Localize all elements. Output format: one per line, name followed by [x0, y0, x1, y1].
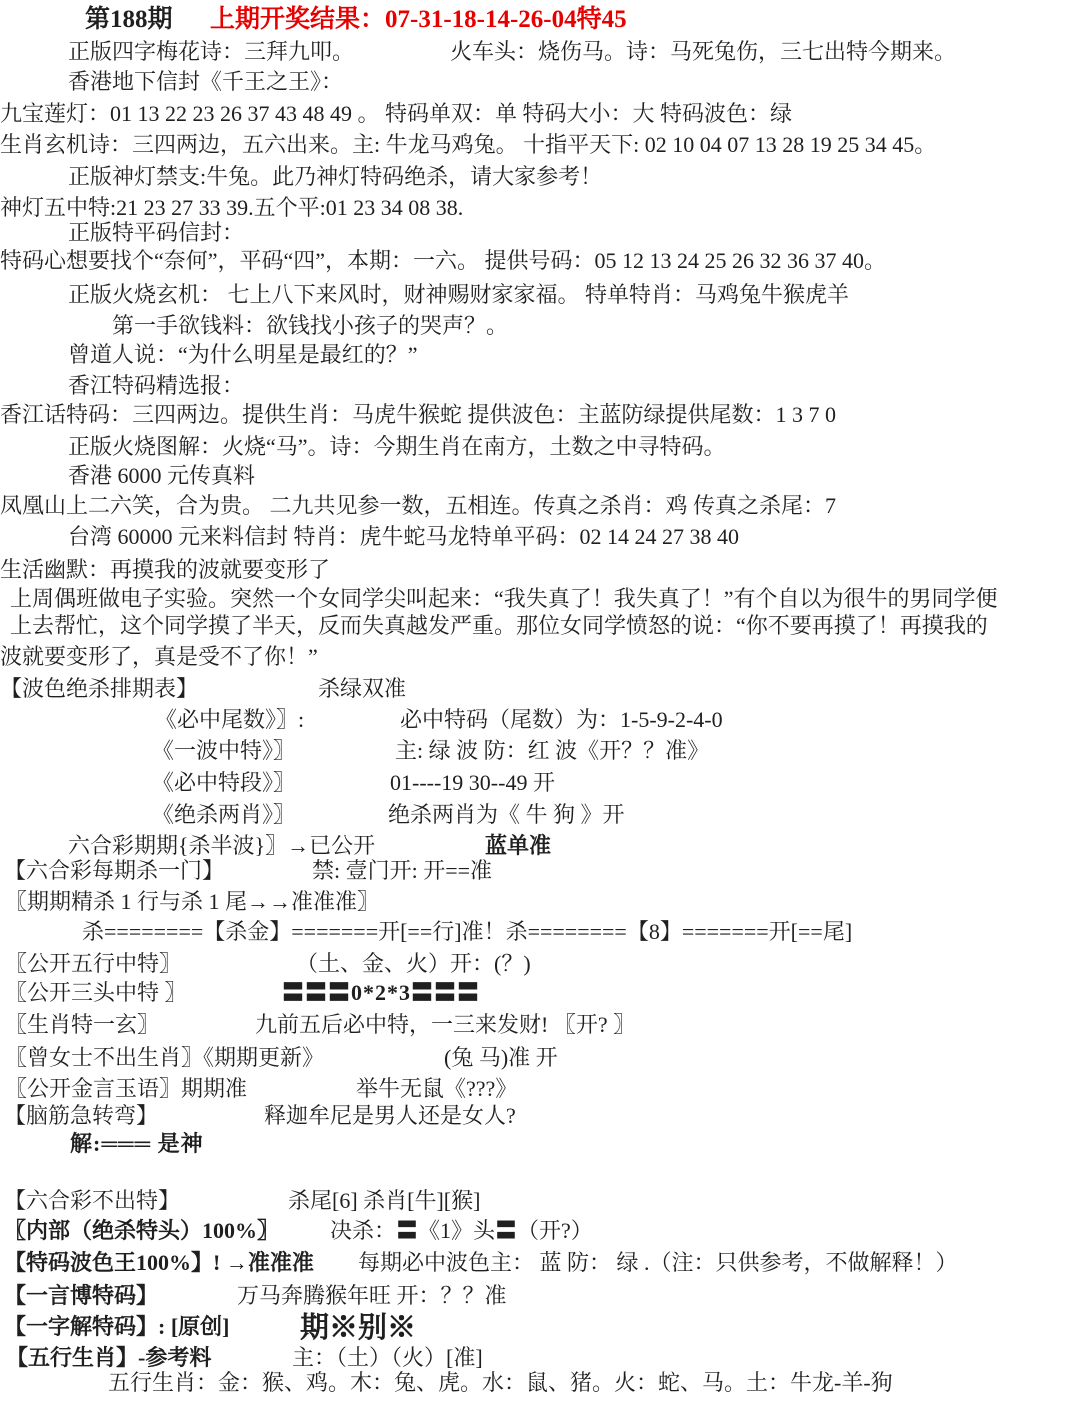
text-line: 【六合彩不出特】杀尾[6] 杀肖[牛][猴]	[0, 1187, 1066, 1217]
text-segment: 期※别※	[300, 1313, 416, 1343]
text-line: 〖公开五行中特〗（土、金、火）开：(？)	[0, 950, 1066, 980]
text-line: 杀========【杀金】=======开[==行]准！杀========【8】…	[0, 918, 1066, 948]
text-segment: 【波色绝杀排期表】	[0, 675, 198, 703]
text-line: 【特码波色王100%】! →准准准每期必中波色主： 蓝 防： 绿 .（注：只供参…	[0, 1249, 1066, 1279]
text-segment: 《一波中特》〗	[152, 737, 295, 765]
text-line: 香港 6000 元传真料	[0, 462, 1066, 492]
text-segment: 正版四字梅花诗：三拜九叩。	[68, 38, 354, 66]
text-segment: 〖期期精杀 1 行与杀 1 尾→→准准准〗	[5, 888, 379, 916]
text-segment: 生肖玄机诗：三四两边，五六出来。主: 牛龙马鸡兔。 十指平天下: 02 10 0…	[0, 131, 936, 159]
text-segment: 五行生肖：金：猴、鸡。木：兔、虎。水：鼠、猪。火：蛇、马。土：牛龙-羊-狗	[108, 1369, 893, 1397]
text-segment: 《必中尾数》〗:	[155, 706, 304, 734]
text-segment: 神灯五中特:21 23 27 33 39.五个平:01 23 34 08 38.	[0, 194, 463, 222]
text-line: 〖生肖特一玄〗九前五后必中特，一三来发财! 〖开? 〗	[0, 1011, 1066, 1041]
text-line: 正版特平码信封：	[0, 219, 1066, 249]
text-line: 九宝莲灯：01 13 22 23 26 37 43 48 49 。 特码单双：单…	[0, 100, 1066, 130]
text-segment: 解:═══ 是神	[70, 1130, 204, 1158]
text-line: 凤凰山上二六笑，合为贵。 二九共见参一数，五相连。传真之杀肖：鸡 传真之杀尾：7	[0, 492, 1066, 522]
text-segment: 蓝单准	[485, 832, 551, 860]
text-line: 【波色绝杀排期表】杀绿双准	[0, 675, 1066, 705]
text-segment: 正版火烧玄机： 七上八下来风时，财神赐财家家福。 特单特肖：马鸡兔牛猴虎羊	[68, 281, 849, 309]
text-segment: 台湾 60000 元来料信封 特肖：虎牛蛇马龙特单平码：02 14 24 27 …	[68, 523, 739, 551]
text-line: 【一字解特码】: [原创]期※别※	[0, 1313, 1066, 1343]
text-segment: 决杀：〓《1》头〓（开?）	[330, 1217, 593, 1245]
text-line: 【六合彩每期杀一门】禁: 壹门开: 开==准	[0, 857, 1066, 887]
text-segment: 〖曾女士不出生肖〗《期期更新》	[5, 1044, 324, 1072]
text-segment: 火车头：烧伤马。诗：马死兔伤，三七出特今期来。	[450, 38, 956, 66]
text-segment: 正版特平码信封：	[68, 219, 244, 247]
text-segment: 【五行生肖】-参考料	[6, 1344, 211, 1372]
text-segment: 〖公开五行中特〗	[5, 950, 181, 978]
text-line: 《必中特段》〗01----19 30--49 开	[0, 769, 1066, 799]
text-segment: 杀尾[6] 杀肖[牛][猴]	[288, 1187, 480, 1215]
text-segment: 【六合彩不出特】	[4, 1187, 180, 1215]
text-segment: 【一字解特码】: [原创]	[4, 1313, 229, 1341]
text-segment: 〖公开三头中特 〗	[5, 979, 187, 1007]
text-line: 香港地下信封《千王之王》：	[0, 68, 1066, 98]
text-segment: 九前五后必中特，一三来发财! 〖开? 〗	[255, 1011, 635, 1039]
lottery-tip-sheet-page: 第188期上期开奖结果：07-31-18-14-26-04特45正版四字梅花诗：…	[0, 0, 1066, 1424]
text-segment: 正版火烧图解：火烧“马”。诗：今期生肖在南方，土数之中寻特码。	[68, 433, 726, 461]
text-segment: 〓〓〓0*2*3〓〓〓	[282, 979, 480, 1007]
text-segment: (兔 马)准 开	[444, 1044, 558, 1072]
text-line: 正版火烧图解：火烧“马”。诗：今期生肖在南方，土数之中寻特码。	[0, 433, 1066, 463]
text-segment: 〖内部（绝杀特头）100%〗	[4, 1217, 279, 1245]
text-line: 香江话特码：三四两边。提供生肖：马虎牛猴蛇 提供波色：主蓝防绿提供尾数：1 3 …	[0, 401, 1066, 431]
text-line: 【一言博特码】万马奔腾猴年旺 开：？？准	[0, 1282, 1066, 1312]
text-line: 香江特码精选报：	[0, 372, 1066, 402]
text-segment: 特码心想要找个“奈何”，平码“四”，本期：一六。 提供号码：05 12 13 2…	[0, 247, 886, 275]
text-line: 《必中尾数》〗:必中特码（尾数）为：1-5-9-2-4-0	[0, 706, 1066, 736]
text-segment: 曾道人说：“为什么明星是最红的？”	[68, 341, 418, 369]
text-line: 〖曾女士不出生肖〗《期期更新》(兔 马)准 开	[0, 1044, 1066, 1074]
text-segment: 《必中特段》〗	[152, 769, 295, 797]
text-segment: 杀绿双准	[318, 675, 406, 703]
text-line: 正版火烧玄机： 七上八下来风时，财神赐财家家福。 特单特肖：马鸡兔牛猴虎羊	[0, 281, 1066, 311]
text-line: 《绝杀两肖》〗绝杀两肖为《 牛 狗 》开	[0, 801, 1066, 831]
text-line: 〖公开三头中特 〗〓〓〓0*2*3〓〓〓	[0, 979, 1066, 1009]
issue-number: 第188期	[85, 6, 173, 34]
text-segment: 释迦牟尼是男人还是女人?	[264, 1102, 516, 1130]
text-segment: 《绝杀两肖》〗	[152, 801, 295, 829]
text-line: 解:═══ 是神	[0, 1130, 1066, 1160]
text-segment: 举牛无鼠《???》	[356, 1075, 517, 1103]
text-line: 〖内部（绝杀特头）100%〗决杀：〓《1》头〓（开?）	[0, 1217, 1066, 1247]
text-segment: 主: 绿 波 防：红 波《开？？准》	[395, 737, 709, 765]
text-segment: 【六合彩每期杀一门】	[4, 857, 224, 885]
text-line: 特码心想要找个“奈何”，平码“四”，本期：一六。 提供号码：05 12 13 2…	[0, 247, 1066, 277]
text-line: 波就要变形了，真是受不了你！”	[0, 643, 1066, 673]
text-segment: 必中特码（尾数）为：1-5-9-2-4-0	[400, 706, 723, 734]
text-line: 上周偶班做电子实验。突然一个女同学尖叫起来：“我失真了！我失真了！”有个自以为很…	[0, 585, 1066, 615]
text-segment: 六合彩期期{杀半波}〗→已公开	[68, 832, 375, 860]
text-line: 上去帮忙，这个同学摸了半天，反而失真越发严重。那位女同学愤怒的说：“你不要再摸了…	[0, 612, 1066, 642]
text-segment: （土、金、火）开：(？)	[296, 950, 531, 978]
text-segment: 每期必中波色主： 蓝 防： 绿 .（注：只供参考，不做解释！）	[358, 1249, 958, 1277]
text-line: 曾道人说：“为什么明星是最红的？”	[0, 341, 1066, 371]
text-line: 正版神灯禁支:牛兔。此乃神灯特码绝杀，请大家参考！	[0, 163, 1066, 193]
text-line: 台湾 60000 元来料信封 特肖：虎牛蛇马龙特单平码：02 14 24 27 …	[0, 523, 1066, 553]
last-draw-result: 上期开奖结果：07-31-18-14-26-04特45	[210, 6, 627, 34]
text-segment: 杀========【杀金】=======开[==行]准！杀========【8】…	[82, 918, 852, 946]
text-segment: 〖公开金言玉语〗期期准	[5, 1075, 247, 1103]
text-line: 正版四字梅花诗：三拜九叩。火车头：烧伤马。诗：马死兔伤，三七出特今期来。	[0, 38, 1066, 68]
text-segment: 【特码波色王100%】! →准准准	[4, 1249, 314, 1277]
text-segment: 【一言博特码】	[4, 1282, 158, 1310]
text-segment: 上周偶班做电子实验。突然一个女同学尖叫起来：“我失真了！我失真了！”有个自以为很…	[10, 585, 998, 613]
text-segment: 万马奔腾猴年旺 开：？？准	[237, 1282, 507, 1310]
text-segment: 凤凰山上二六笑，合为贵。 二九共见参一数，五相连。传真之杀肖：鸡 传真之杀尾：7	[0, 492, 836, 520]
text-segment: 生活幽默：再摸我的波就要变形了	[0, 556, 330, 584]
text-line: 第一手欲钱料：欲钱找小孩子的哭声？。	[0, 312, 1066, 342]
text-segment: 禁: 壹门开: 开==准	[312, 857, 492, 885]
text-segment: 波就要变形了，真是受不了你！”	[0, 643, 318, 671]
text-segment: 【脑筋急转弯】	[4, 1102, 158, 1130]
text-segment: 香港地下信封《千王之王》：	[68, 68, 343, 96]
text-line: 生肖玄机诗：三四两边，五六出来。主: 牛龙马鸡兔。 十指平天下: 02 10 0…	[0, 131, 1066, 161]
text-segment: 绝杀两肖为《 牛 狗 》开	[388, 801, 625, 829]
text-segment: 上去帮忙，这个同学摸了半天，反而失真越发严重。那位女同学愤怒的说：“你不要再摸了…	[10, 612, 988, 640]
text-segment: 九宝莲灯：01 13 22 23 26 37 43 48 49 。 特码单双：单…	[0, 100, 792, 128]
text-segment: 01----19 30--49 开	[390, 769, 555, 797]
text-segment: 香江特码精选报：	[68, 372, 244, 400]
text-segment: 主：（土）（火）[准]	[292, 1344, 483, 1372]
text-segment: 正版神灯禁支:牛兔。此乃神灯特码绝杀，请大家参考！	[68, 163, 602, 191]
text-line: 【脑筋急转弯】释迦牟尼是男人还是女人?	[0, 1102, 1066, 1132]
text-line: 〖期期精杀 1 行与杀 1 尾→→准准准〗	[0, 888, 1066, 918]
text-line: 〖公开金言玉语〗期期准举牛无鼠《???》	[0, 1075, 1066, 1105]
text-line: 生活幽默：再摸我的波就要变形了	[0, 556, 1066, 586]
text-segment: 第一手欲钱料：欲钱找小孩子的哭声？。	[112, 312, 508, 340]
text-line: 五行生肖：金：猴、鸡。木：兔、虎。水：鼠、猪。火：蛇、马。土：牛龙-羊-狗	[0, 1369, 1066, 1399]
text-segment: 香港 6000 元传真料	[68, 462, 255, 490]
text-line: 第188期上期开奖结果：07-31-18-14-26-04特45	[0, 6, 1066, 36]
text-segment: 香江话特码：三四两边。提供生肖：马虎牛猴蛇 提供波色：主蓝防绿提供尾数：1 3 …	[0, 401, 836, 429]
text-line: 《一波中特》〗主: 绿 波 防：红 波《开？？准》	[0, 737, 1066, 767]
text-segment: 〖生肖特一玄〗	[5, 1011, 159, 1039]
